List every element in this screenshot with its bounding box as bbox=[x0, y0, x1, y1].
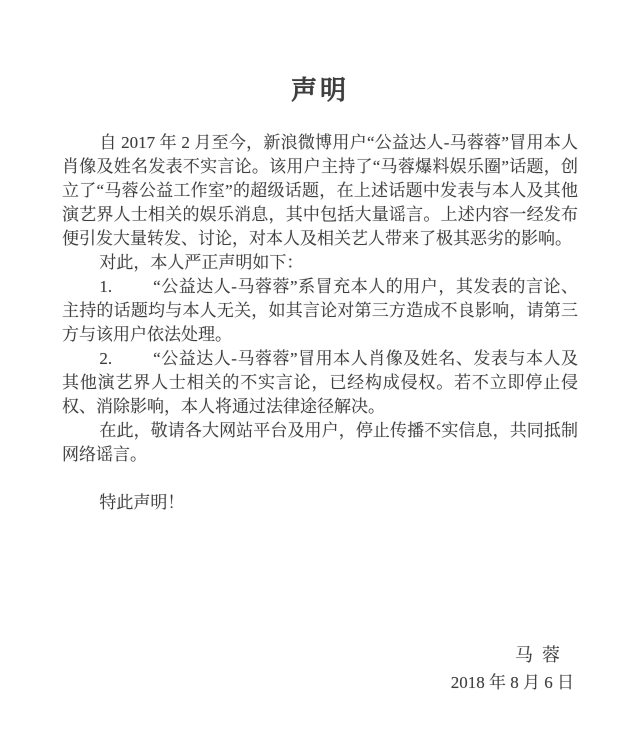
signature-date: 2018 年 8 月 6 日 bbox=[451, 671, 574, 695]
item-2-number: 2. bbox=[99, 347, 112, 371]
paragraph-intro: 自 2017 年 2 月至今，新浪微博用户“公益达人-马蓉蓉”冒用本人肖像及姓名… bbox=[62, 131, 578, 251]
paragraph-appeal: 在此，敬请各大网站平台及用户，停止传播不实信息，共同抵制网络谣言。 bbox=[62, 419, 578, 467]
item-1-number: 1. bbox=[99, 275, 112, 299]
item-2-text: “公益达人-马蓉蓉”冒用本人肖像及姓名、发表与本人及其他演艺界人士相关的不实言论… bbox=[62, 349, 578, 416]
paragraph-closing: 特此声明！ bbox=[62, 491, 578, 515]
paragraph-lead-in: 对此，本人严正声明如下： bbox=[62, 251, 578, 275]
numbered-item-1: 1.“公益达人-马蓉蓉”系冒充本人的用户，其发表的言论、主持的话题均与本人无关，… bbox=[62, 275, 578, 347]
item-1-text: “公益达人-马蓉蓉”系冒充本人的用户，其发表的言论、主持的话题均与本人无关，如其… bbox=[62, 277, 578, 344]
signature-name: 马 蓉 bbox=[515, 643, 560, 667]
document-body: 自 2017 年 2 月至今，新浪微博用户“公益达人-马蓉蓉”冒用本人肖像及姓名… bbox=[62, 131, 578, 515]
numbered-item-2: 2.“公益达人-马蓉蓉”冒用本人肖像及姓名、发表与本人及其他演艺界人士相关的不实… bbox=[62, 347, 578, 419]
document-title: 声明 bbox=[0, 0, 640, 106]
statement-document: 声明 自 2017 年 2 月至今，新浪微博用户“公益达人-马蓉蓉”冒用本人肖像… bbox=[0, 0, 640, 739]
